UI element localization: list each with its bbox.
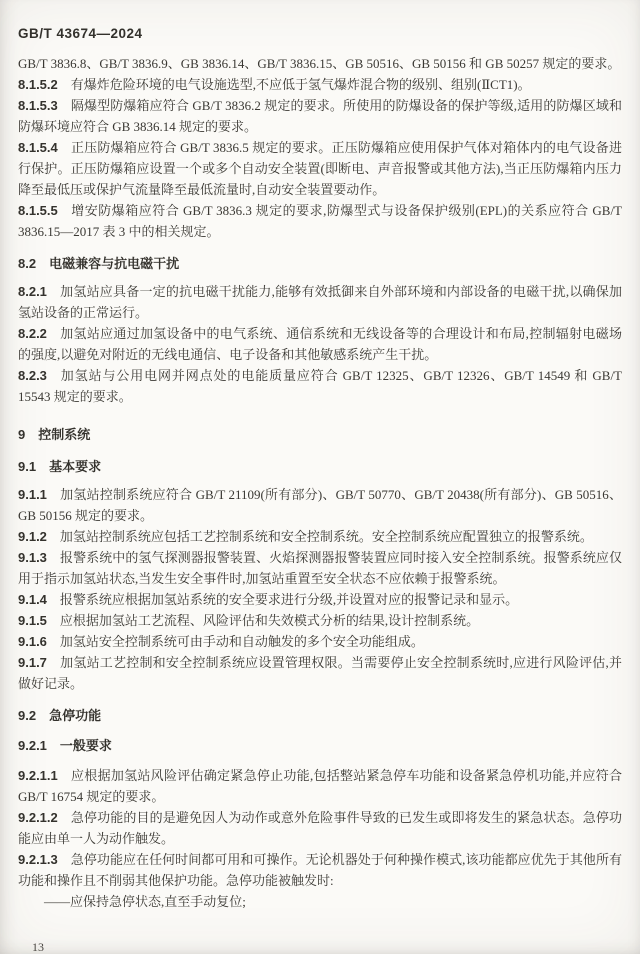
clause-text: 应根据加氢站风险评估确定紧急停止功能,包括整站紧急停车功能和设备紧急停机功能,并… bbox=[18, 768, 622, 804]
clause-text: 报警系统应根据加氢站系统的安全要求进行分级,并设置对应的报警记录和显示。 bbox=[60, 592, 518, 607]
clause-number: 8.2.2 bbox=[18, 326, 47, 341]
clause-text: 加氢站工艺控制和安全控制系统应设置管理权限。当需要停止安全控制系统时,应进行风险… bbox=[18, 655, 622, 691]
clause-number: 8.2 bbox=[18, 256, 36, 271]
clause-paragraph: 9.1.1加氢站控制系统应符合 GB/T 21109(所有部分)、GB/T 50… bbox=[18, 484, 622, 526]
clause-text: 加氢站应通过加氢设备中的电气系统、通信系统和无线设备等的合理设计和布局,控制辐射… bbox=[18, 326, 622, 362]
clause-number: 8.1.5.2 bbox=[18, 77, 58, 92]
clause-text: 加氢站安全控制系统可由手动和自动触发的多个安全功能组成。 bbox=[60, 634, 424, 649]
clause-number: 9.1.2 bbox=[18, 529, 47, 544]
clause-text: ——应保持急停状态,直至手动复位; bbox=[44, 894, 246, 909]
clause-paragraph: 8.2.3加氢站与公用电网并网点处的电能质量应符合 GB/T 12325、GB/… bbox=[18, 365, 622, 407]
clause-number: 9.2.1.2 bbox=[18, 810, 58, 825]
clause-text: 急停功能 bbox=[49, 708, 101, 723]
clause-text: 正压防爆箱应符合 GB/T 3836.5 规定的要求。正压防爆箱应使用保护气体对… bbox=[18, 140, 622, 197]
standard-number-header: GB/T 43674—2024 bbox=[18, 26, 622, 41]
clause-text: 加氢站与公用电网并网点处的电能质量应符合 GB/T 12325、GB/T 123… bbox=[18, 368, 622, 404]
clause-text: 加氢站控制系统应包括工艺控制系统和安全控制系统。安全控制系统应配置独立的报警系统… bbox=[60, 529, 593, 544]
clause-number: 9 bbox=[18, 427, 25, 442]
subsection-heading: 9.2.1一般要求 bbox=[18, 735, 622, 756]
clause-paragraph: GB/T 3836.8、GB/T 3836.9、GB 3836.14、GB/T … bbox=[18, 53, 622, 74]
clause-text: 应根据加氢站工艺流程、风险评估和失效模式分析的结果,设计控制系统。 bbox=[60, 613, 479, 628]
clause-text: 隔爆型防爆箱应符合 GB/T 3836.2 规定的要求。所使用的防爆设备的保护等… bbox=[18, 98, 622, 134]
clause-number: 8.1.5.3 bbox=[18, 98, 58, 113]
clause-number: 9.1.3 bbox=[18, 550, 47, 565]
clause-paragraph: 8.1.5.5增安防爆箱应符合 GB/T 3836.3 规定的要求,防爆型式与设… bbox=[18, 200, 622, 242]
clause-paragraph: 9.1.4报警系统应根据加氢站系统的安全要求进行分级,并设置对应的报警记录和显示… bbox=[18, 589, 622, 610]
clause-number: 9.2.1.3 bbox=[18, 852, 58, 867]
clause-paragraph: 8.2.2加氢站应通过加氢设备中的电气系统、通信系统和无线设备等的合理设计和布局… bbox=[18, 323, 622, 365]
clause-text: 有爆炸危险环境的电气设施选型,不应低于氢气爆炸混合物的级别、组别(ⅡCT1)。 bbox=[71, 77, 531, 92]
clause-number: 9.2.1.1 bbox=[18, 768, 58, 783]
clause-paragraph: 8.1.5.4正压防爆箱应符合 GB/T 3836.5 规定的要求。正压防爆箱应… bbox=[18, 137, 622, 200]
document-page: GB/T 43674—2024 GB/T 3836.8、GB/T 3836.9、… bbox=[0, 0, 640, 954]
clause-paragraph: 9.1.3报警系统中的氢气探测器报警装置、火焰探测器报警装置应同时接入安全控制系… bbox=[18, 547, 622, 589]
clause-number: 8.1.5.4 bbox=[18, 140, 58, 155]
clause-text: 加氢站控制系统应符合 GB/T 21109(所有部分)、GB/T 50770、G… bbox=[18, 487, 622, 523]
chapter-heading: 9控制系统 bbox=[18, 424, 622, 445]
clause-paragraph: 9.2.1.1应根据加氢站风险评估确定紧急停止功能,包括整站紧急停车功能和设备紧… bbox=[18, 765, 622, 807]
clause-text: 急停功能应在任何时间都可用和可操作。无论机器处于何种操作模式,该功能都应优先于其… bbox=[18, 852, 622, 888]
clause-paragraph: 8.1.5.2有爆炸危险环境的电气设施选型,不应低于氢气爆炸混合物的级别、组别(… bbox=[18, 74, 622, 95]
clause-text: 加氢站应具备一定的抗电磁干扰能力,能够有效抵御来自外部环境和内部设备的电磁干扰,… bbox=[18, 284, 622, 320]
clause-text: 电磁兼容与抗电磁干扰 bbox=[49, 256, 179, 271]
clause-text: GB/T 3836.8、GB/T 3836.9、GB 3836.14、GB/T … bbox=[18, 56, 620, 71]
document-body: GB/T 3836.8、GB/T 3836.9、GB 3836.14、GB/T … bbox=[18, 53, 622, 912]
section-heading: 8.2电磁兼容与抗电磁干扰 bbox=[18, 253, 622, 274]
clause-number: 9.1.1 bbox=[18, 487, 47, 502]
clause-number: 8.2.1 bbox=[18, 284, 47, 299]
clause-paragraph: 9.1.7加氢站工艺控制和安全控制系统应设置管理权限。当需要停止安全控制系统时,… bbox=[18, 652, 622, 694]
clause-text: 基本要求 bbox=[49, 459, 101, 474]
clause-paragraph: 9.1.5应根据加氢站工艺流程、风险评估和失效模式分析的结果,设计控制系统。 bbox=[18, 610, 622, 631]
clause-paragraph: 9.2.1.3急停功能应在任何时间都可用和可操作。无论机器处于何种操作模式,该功… bbox=[18, 849, 622, 891]
clause-text: 控制系统 bbox=[38, 427, 90, 442]
clause-number: 9.1.6 bbox=[18, 634, 47, 649]
clause-number: 9.1.7 bbox=[18, 655, 47, 670]
clause-paragraph: 9.1.6加氢站安全控制系统可由手动和自动触发的多个安全功能组成。 bbox=[18, 631, 622, 652]
clause-number: 9.2.1 bbox=[18, 738, 47, 753]
clause-paragraph: 8.1.5.3隔爆型防爆箱应符合 GB/T 3836.2 规定的要求。所使用的防… bbox=[18, 95, 622, 137]
clause-paragraph: 9.1.2加氢站控制系统应包括工艺控制系统和安全控制系统。安全控制系统应配置独立… bbox=[18, 526, 622, 547]
page-number: 13 bbox=[32, 940, 44, 954]
clause-number: 9.1.4 bbox=[18, 592, 47, 607]
clause-number: 8.2.3 bbox=[18, 368, 47, 383]
clause-paragraph: 9.2.1.2急停功能的目的是避免因人为动作或意外危险事件导致的已发生或即将发生… bbox=[18, 807, 622, 849]
clause-text: 报警系统中的氢气探测器报警装置、火焰探测器报警装置应同时接入安全控制系统。报警系… bbox=[18, 550, 622, 586]
dash-list-item: ——应保持急停状态,直至手动复位; bbox=[18, 891, 622, 912]
clause-text: 急停功能的目的是避免因人为动作或意外危险事件导致的已发生或即将发生的紧急状态。急… bbox=[18, 810, 622, 846]
clause-text: 增安防爆箱应符合 GB/T 3836.3 规定的要求,防爆型式与设备保护级别(E… bbox=[18, 203, 622, 239]
clause-number: 9.2 bbox=[18, 708, 36, 723]
section-heading: 9.1基本要求 bbox=[18, 456, 622, 477]
clause-number: 9.1 bbox=[18, 459, 36, 474]
clause-paragraph: 8.2.1加氢站应具备一定的抗电磁干扰能力,能够有效抵御来自外部环境和内部设备的… bbox=[18, 281, 622, 323]
clause-number: 9.1.5 bbox=[18, 613, 47, 628]
clause-number: 8.1.5.5 bbox=[18, 203, 58, 218]
section-heading: 9.2急停功能 bbox=[18, 705, 622, 726]
clause-text: 一般要求 bbox=[60, 738, 112, 753]
